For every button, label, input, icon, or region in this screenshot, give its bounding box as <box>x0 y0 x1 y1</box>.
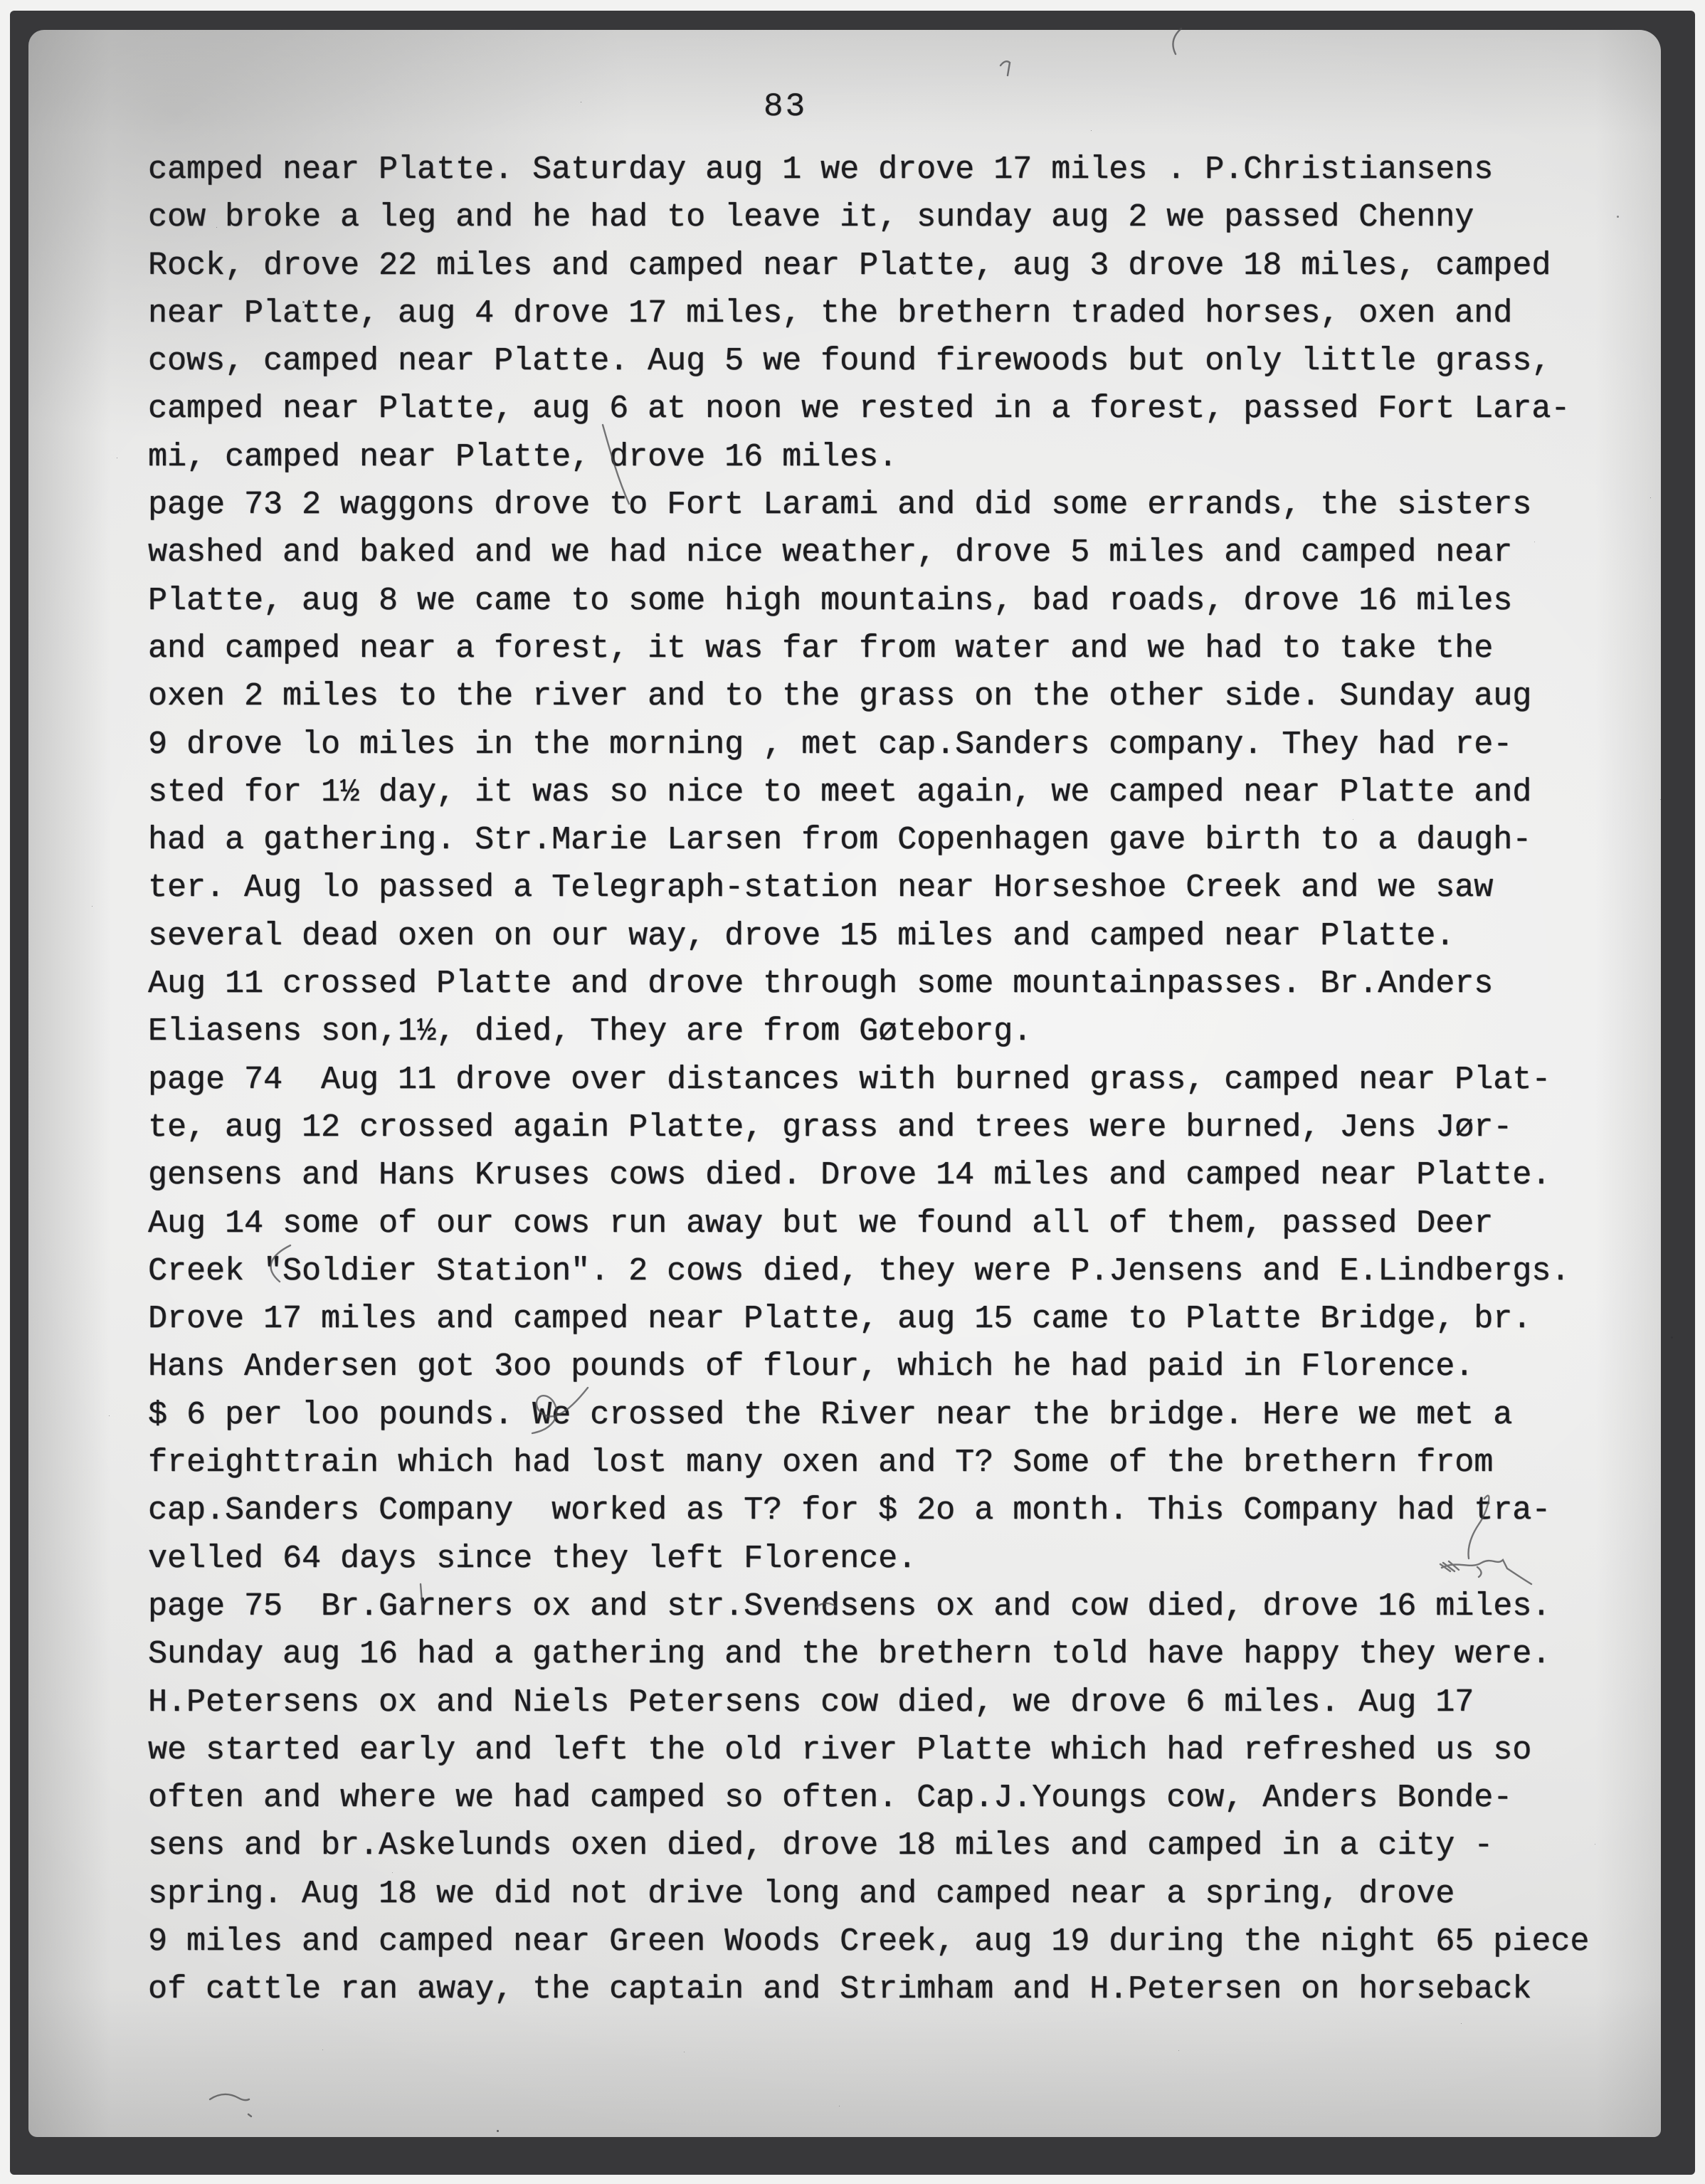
text-line: Platte, aug 8 we came to some high mount… <box>148 577 1628 625</box>
text-line: Hans Andersen got 3oo pounds of flour, w… <box>148 1343 1628 1391</box>
text-line: ter. Aug lo passed a Telegraph-station n… <box>148 864 1628 912</box>
text-line: we started early and left the old river … <box>148 1726 1628 1774</box>
text-line: page 74 Aug 11 drove over distances with… <box>148 1056 1628 1104</box>
page-number: 83 <box>764 88 807 125</box>
text-line: page 73 2 waggons drove to Fort Larami a… <box>148 481 1628 529</box>
text-line: velled 64 days since they left Florence. <box>148 1535 1628 1583</box>
text-line: freighttrain which had lost many oxen an… <box>148 1439 1628 1487</box>
text-line: camped near Platte, aug 6 at noon we res… <box>148 385 1628 433</box>
text-line: H.Petersens ox and Niels Petersens cow d… <box>148 1679 1628 1726</box>
text-line: Creek "Soldier Station". 2 cows died, th… <box>148 1247 1628 1295</box>
text-line: page 75 Br.Garners ox and str.Svendsens … <box>148 1583 1628 1630</box>
text-line: Rock, drove 22 miles and camped near Pla… <box>148 242 1628 290</box>
text-line: camped near Platte. Saturday aug 1 we dr… <box>148 146 1628 194</box>
text-line: sens and br.Askelunds oxen died, drove 1… <box>148 1822 1628 1869</box>
text-line: 9 drove lo miles in the morning , met ca… <box>148 721 1628 769</box>
scan-frame: 83 camped near Platte. Saturday aug 1 we… <box>10 11 1695 2175</box>
text-line: $ 6 per loo pounds. We crossed the River… <box>148 1391 1628 1439</box>
text-line: spring. Aug 18 we did not drive long and… <box>148 1870 1628 1918</box>
text-line: mi, camped near Platte, drove 16 miles. <box>148 433 1628 481</box>
ink-specks <box>0 0 2 2</box>
text-line: sted for 1½ day, it was so nice to meet … <box>148 769 1628 816</box>
scanned-document: { "document": { "page_number": "83", "li… <box>0 0 1705 2184</box>
text-line: often and where we had camped so often. … <box>148 1774 1628 1822</box>
text-line: Eliasens son,1½, died, They are from Gøt… <box>148 1008 1628 1055</box>
text-line: and camped near a forest, it was far fro… <box>148 625 1628 672</box>
text-line: had a gathering. Str.Marie Larsen from C… <box>148 816 1628 864</box>
text-line: cows, camped near Platte. Aug 5 we found… <box>148 337 1628 385</box>
typewritten-text: camped near Platte. Saturday aug 1 we dr… <box>148 146 1628 2014</box>
text-line: cow broke a leg and he had to leave it, … <box>148 194 1628 241</box>
text-line: te, aug 12 crossed again Platte, grass a… <box>148 1104 1628 1151</box>
text-line: Aug 14 some of our cows run away but we … <box>148 1200 1628 1247</box>
text-line: 9 miles and camped near Green Woods Cree… <box>148 1918 1628 1966</box>
text-line: oxen 2 miles to the river and to the gra… <box>148 672 1628 720</box>
text-line: Drove 17 miles and camped near Platte, a… <box>148 1295 1628 1343</box>
text-line: washed and baked and we had nice weather… <box>148 529 1628 576</box>
text-line: Sunday aug 16 had a gathering and the br… <box>148 1630 1628 1678</box>
text-line: several dead oxen on our way, drove 15 m… <box>148 912 1628 960</box>
text-line: near Platte, aug 4 drove 17 miles, the b… <box>148 290 1628 337</box>
text-line: cap.Sanders Company worked as T? for $ 2… <box>148 1487 1628 1534</box>
document-page: 83 camped near Platte. Saturday aug 1 we… <box>28 30 1661 2137</box>
text-line: of cattle ran away, the captain and Stri… <box>148 1966 1628 2013</box>
text-line: gensens and Hans Kruses cows died. Drove… <box>148 1151 1628 1199</box>
text-line: Aug 11 crossed Platte and drove through … <box>148 960 1628 1008</box>
